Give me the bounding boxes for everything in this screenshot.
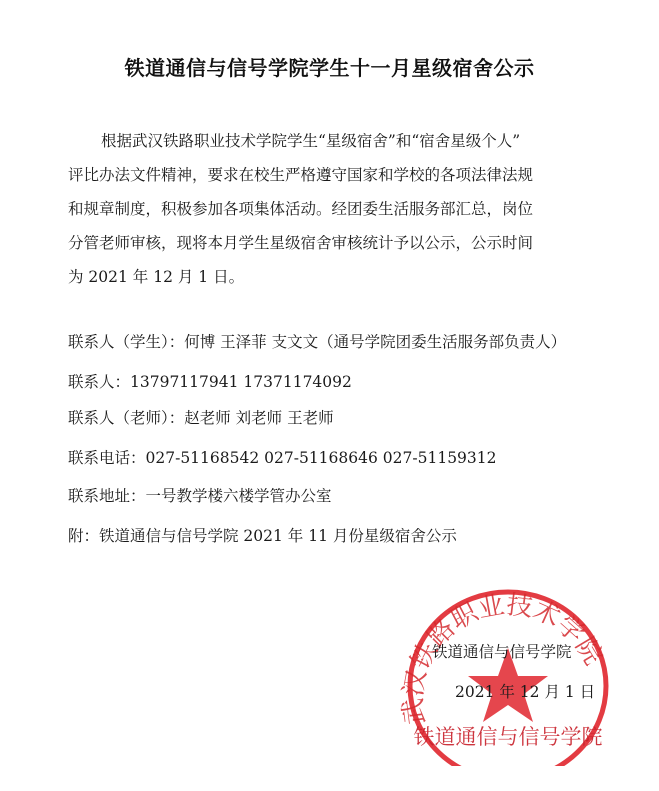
signature-date: 2021 年 12 月 1 日: [455, 680, 595, 702]
body-line: 和规章制度，积极参加各项集体活动。经团委生活服务部汇总，岗位: [68, 194, 598, 225]
body-line: 为 2021 年 12 月 1 日。: [68, 262, 598, 293]
contact-student-phones: 联系人：13797117941 17371174092: [68, 370, 352, 392]
body-line: 评比办法文件精神，要求在校生严格遵守国家和学校的各项法律法规: [68, 160, 598, 191]
body-paragraph: 根据武汉铁路职业技术学院学生“星级宿舍”和“宿舍星级个人” 评比办法文件精神，要…: [68, 126, 598, 293]
document-title: 铁道通信与信号学院学生十一月星级宿舍公示: [0, 52, 659, 81]
body-line: 根据武汉铁路职业技术学院学生“星级宿舍”和“宿舍星级个人”: [68, 126, 598, 157]
body-line: 分管老师审核，现将本月学生星级宿舍审核统计予以公示，公示时间: [68, 228, 598, 259]
contact-address: 联系地址：一号教学楼六楼学管办公室: [68, 484, 332, 506]
official-seal-icon: 武汉铁路职业技术学院 铁道通信与信号学院: [400, 586, 612, 766]
attachment-note: 附：铁道通信与信号学院 2021 年 11 月份星级宿舍公示: [68, 524, 457, 546]
contact-students: 联系人（学生）：何博 王泽菲 支文文（通号学院团委生活服务部负责人）: [68, 330, 566, 352]
seal-inner-text: 铁道通信与信号学院: [414, 725, 603, 749]
signature-org: 铁道通信与信号学院: [432, 640, 572, 662]
contact-phones: 联系电话：027-51168542 027-51168646 027-51159…: [68, 446, 497, 468]
contact-teachers: 联系人（老师）：赵老师 刘老师 王老师: [68, 406, 334, 428]
